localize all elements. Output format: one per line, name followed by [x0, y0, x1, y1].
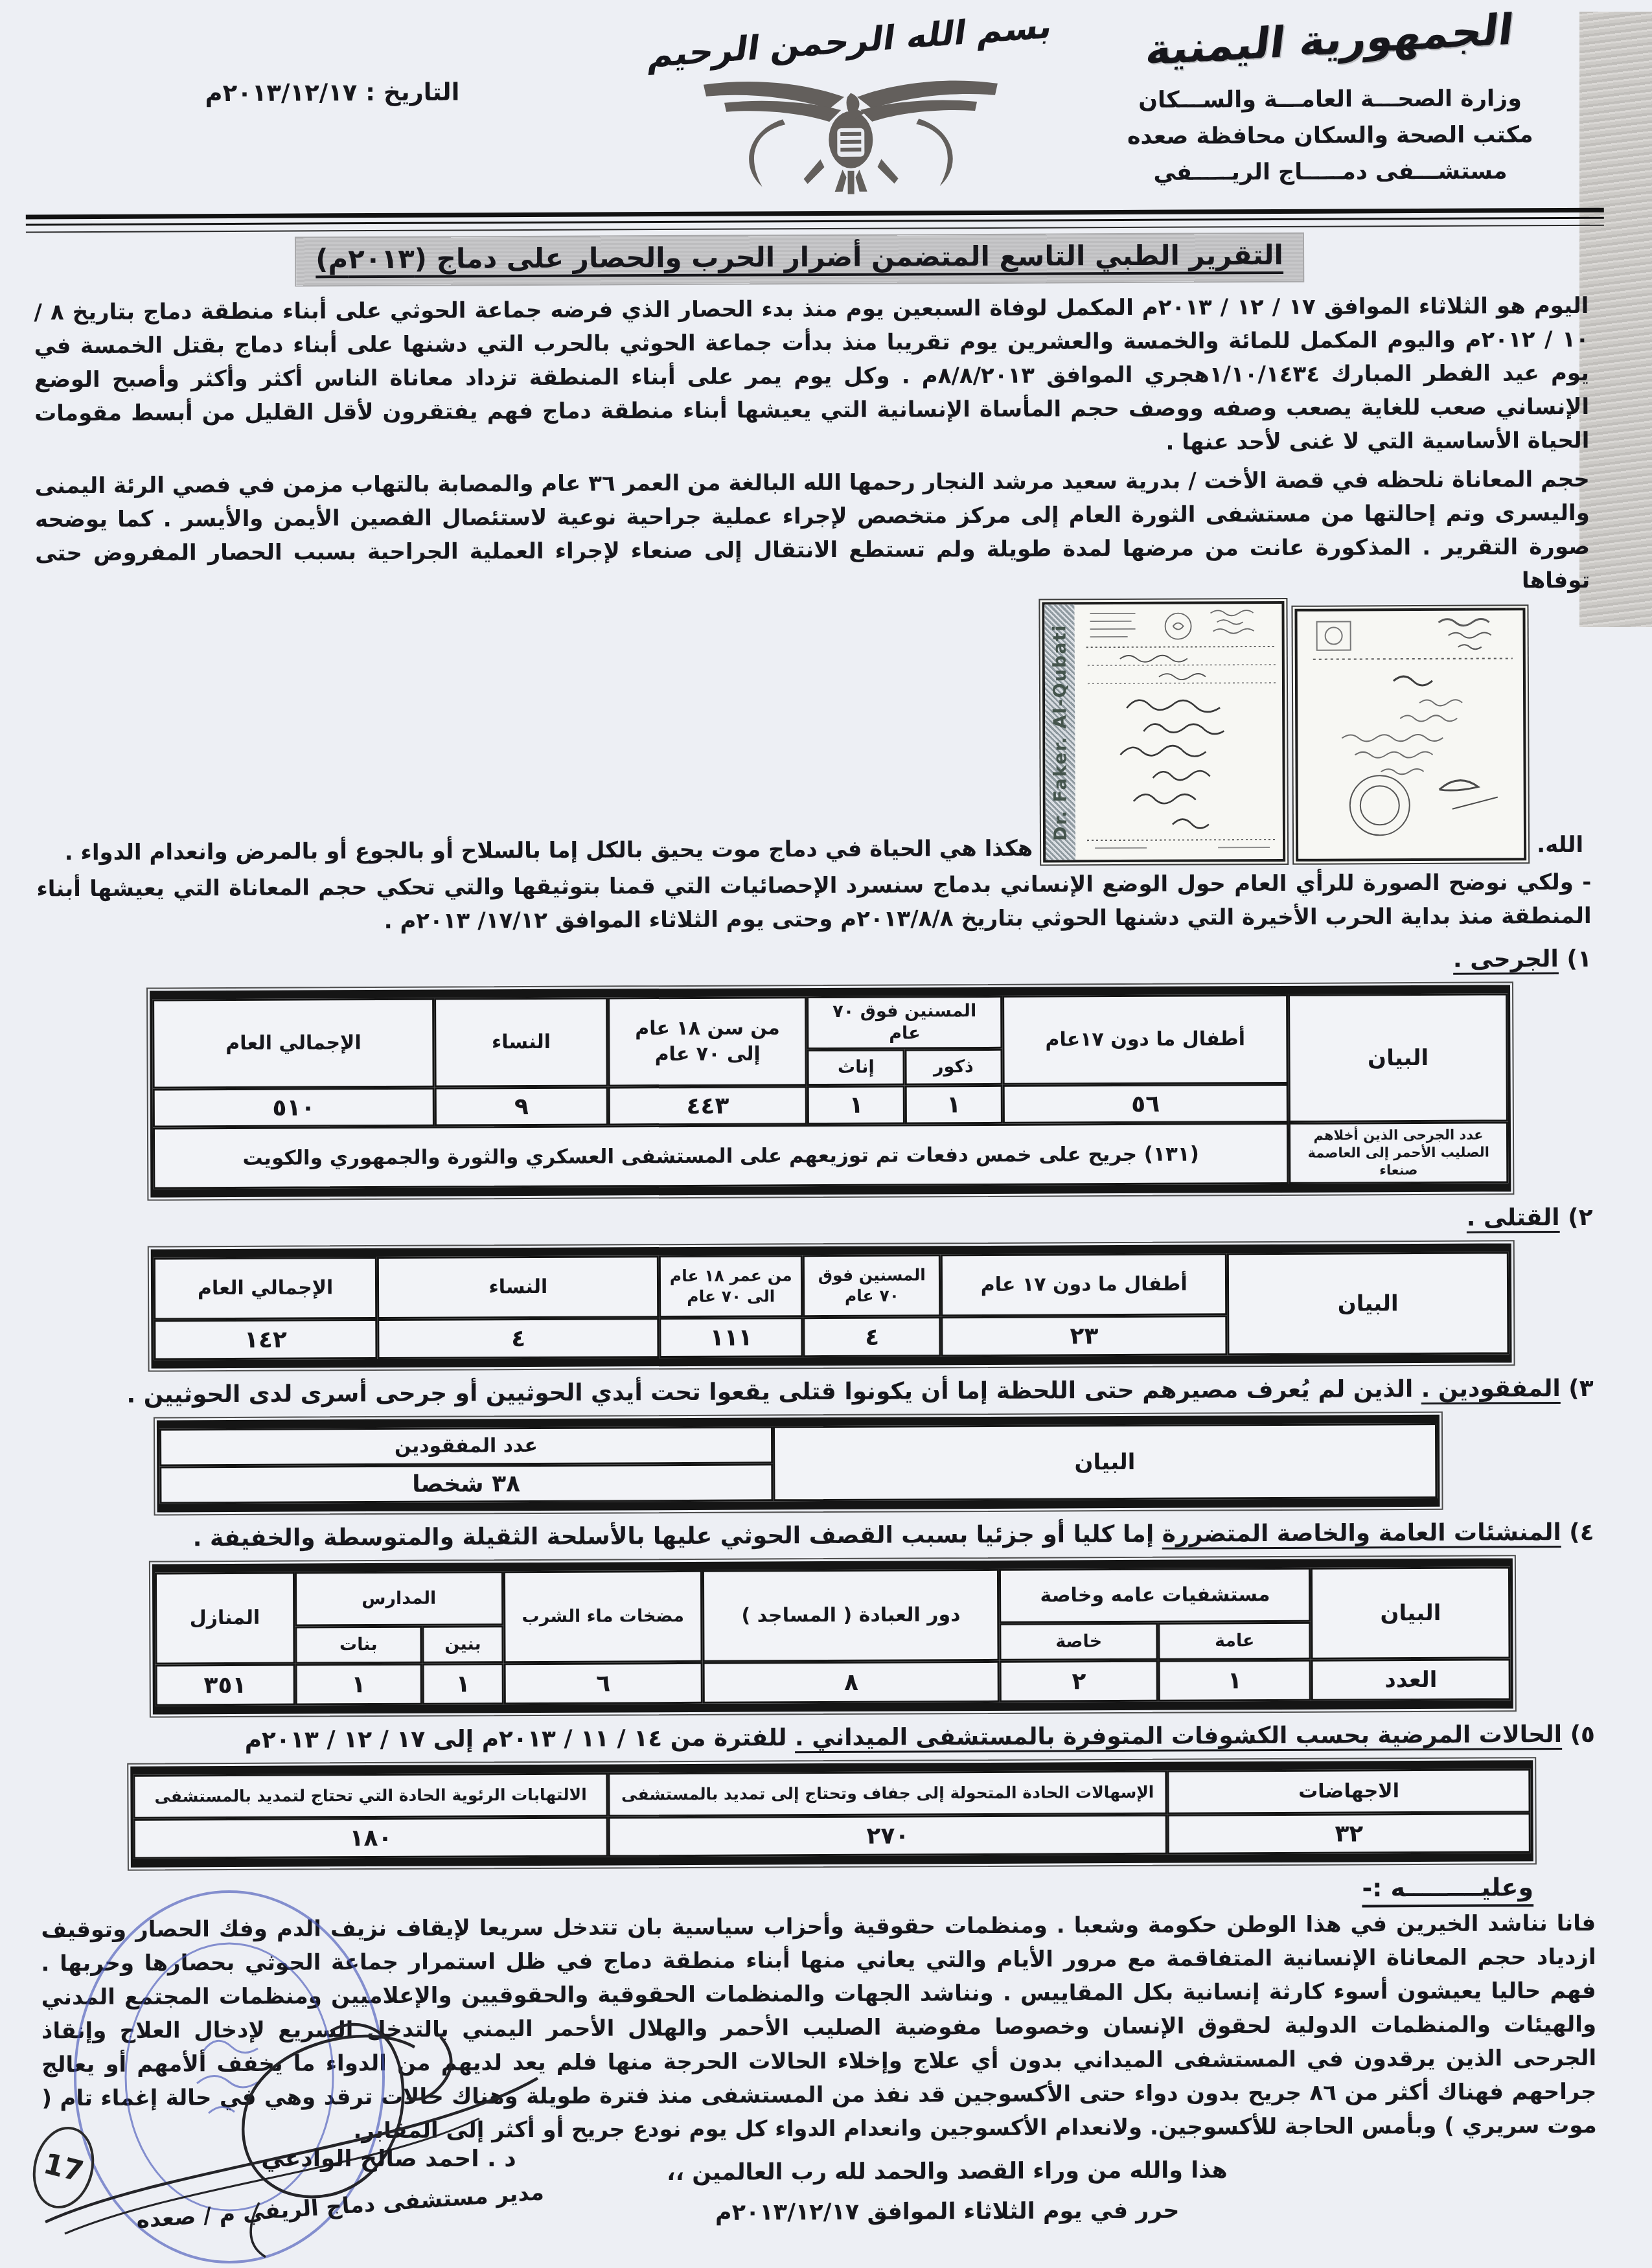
closing-lines: هذا والله من وراء القصد والحمد لله رب ال… [510, 2149, 1385, 2234]
section-label: المفقودين . [1421, 1375, 1561, 1403]
col-header-diarrhea: الإسهالات الحادة المتحولة إلى جفاف وتحتا… [608, 1770, 1167, 1817]
doctor-name-label: Dr. Faker. Al-Qubati [1050, 624, 1070, 841]
col-header-women: النساء [434, 997, 608, 1087]
col-header-pneumonia: الالتهابات الرئوية الحادة التي تحتاج لتم… [133, 1772, 608, 1818]
letterhead-left-block: التاريخ : ٢٠١٣/١٢/١٧م [21, 17, 643, 108]
section-heading-cases: ٥) الحالات المرضية بحسب الكشوفات المتوفر… [40, 1719, 1595, 1758]
intro-paragraph: اليوم هو الثلاثاء الموافق ١٧ / ١٢ / ٢٠١٣… [34, 289, 1589, 464]
evacuated-injured-label: عدد الجرحى الذين أخلاهم الصليب الأحمر إل… [1289, 1121, 1508, 1184]
houses-count: ٣٥١ [155, 1664, 295, 1706]
section-number: ٣) [1568, 1375, 1594, 1402]
killed-elderly-count: ٤ [803, 1316, 941, 1357]
section-number: ٥) [1570, 1721, 1596, 1748]
attachments-row: الله. [35, 604, 1583, 867]
facilities-table: البيان مستشفيات عامه وخاصة دور العبادة (… [152, 1558, 1513, 1714]
col-header-adults: من سن ١٨ عام إلى ٧٠ عام [608, 996, 807, 1086]
evacuated-injured-value: (١٣١) جريح على خمس دفعات تم توزيعهم على … [153, 1123, 1289, 1189]
cases-table: الاجهاضات الإسهالات الحادة المتحولة إلى … [130, 1760, 1533, 1867]
col-header-elderly-male: ذكور [905, 1049, 1003, 1086]
referral-letter-content [1303, 610, 1524, 853]
closing-dated-line: حرر في يوم الثلاثاء الموافق ٢٠١٣/١٢/١٧م [510, 2190, 1384, 2234]
section-label: المنشئات العامة والخاصة المتضررة [1162, 1519, 1561, 1548]
missing-count: ٣٨ شخصا [159, 1463, 773, 1504]
col-header-hospitals: مستشفيات عامه وخاصة [999, 1568, 1311, 1623]
killed-women-count: ٤ [377, 1318, 659, 1359]
col-header-houses: المنازل [155, 1572, 295, 1665]
col-header-worship: دور العبادة ( المساجد ) [702, 1569, 1000, 1662]
col-header-abortions: الاجهاضات [1167, 1769, 1530, 1814]
ministry-line-3: مستشـــفى دمـــــاج الريـــــفي [1058, 153, 1602, 192]
life-summary-line: هكذا هي الحياة في دماج موت يحيق بالكل إم… [36, 836, 1033, 867]
boys-schools-count: ١ [422, 1663, 504, 1705]
abortions-count: ٣٢ [1167, 1813, 1531, 1854]
ministry-line-1: وزارة الصحـــة العامـــة والســـكان [1058, 80, 1602, 119]
signatory-name: د . احمد صالح الوادعي [194, 2146, 583, 2172]
case-story-paragraph: حجم المعاناة نلحظه في قصة الأخت / بدرية … [35, 463, 1590, 604]
section-label: الجرحى . [1453, 946, 1559, 973]
section-heading-injured: ١) الجرحى . [37, 943, 1592, 982]
header-divider [26, 208, 1604, 233]
doctor-name-sidebar: Dr. Faker. Al-Qubati [1045, 604, 1076, 860]
scanned-medical-report-page: الجمهورية اليمنية وزارة الصحـــة العامــ… [0, 0, 1652, 2268]
killed-adults-count: ١١١ [660, 1317, 803, 1358]
killed-children-count: ٢٣ [941, 1315, 1228, 1357]
yemen-eagle-emblem-icon [698, 67, 1004, 203]
col-header-public-hospitals: عامة [1158, 1622, 1311, 1660]
prescription-content [1081, 604, 1283, 854]
col-header-elderly: المسنين فوق ٧٠ عام [803, 1254, 941, 1317]
col-header-women: النساء [377, 1255, 660, 1319]
section-label: القتلى . [1467, 1204, 1560, 1231]
report-title: التقرير الطبي التاسع المتضمن أضرار الحرب… [296, 234, 1303, 286]
row-label-count: العدد [1311, 1658, 1511, 1701]
col-header-children: أطفال ما دون ١٧عام [1002, 994, 1289, 1085]
injured-children-count: ٥٦ [1002, 1084, 1289, 1124]
section-description: إما كليا أو جزئيا بسبب القصف الحوثي عليه… [193, 1521, 1154, 1552]
injured-women-count: ٩ [435, 1086, 608, 1126]
section-number: ٢) [1568, 1204, 1593, 1231]
injured-total-count: ٥١٠ [153, 1088, 435, 1128]
col-header-pumps: مضخات ماء الشرب [503, 1570, 703, 1663]
letterhead-center-block: بسم الله الرحمن الرحيم [643, 16, 1058, 205]
killed-total-count: ١٤٢ [154, 1319, 377, 1360]
section-number: ١) [1566, 946, 1592, 972]
col-header-schools: المدارس [294, 1571, 503, 1626]
col-header-adults: من عمر ١٨ عام الى ٧٠ عام [659, 1255, 803, 1318]
col-header-girls-schools: بنات [295, 1626, 422, 1664]
section-heading-facilities: ٤) المنشئات العامة والخاصة المتضررة إما … [40, 1517, 1594, 1555]
col-header-label: البيان [1227, 1252, 1509, 1355]
section-description: للفترة من ١٤ / ١١ / ٢٠١٣م إلى ١٧ / ١٢ / … [245, 1724, 787, 1754]
col-header-elderly: المسنين فوق ٧٠ عام [807, 996, 1003, 1049]
col-header-total: الإجمالي العام [152, 998, 435, 1089]
statistics-intro-paragraph: - ولكي نوضح الصورة للرأي العام حول الوضع… [36, 865, 1591, 939]
closing-thanks-line: هذا والله من وراء القصد والحمد لله رب ال… [510, 2149, 1384, 2194]
paragraph-tail-word: الله. [1537, 832, 1583, 860]
republic-calligraphy: الجمهورية اليمنية [1053, 0, 1607, 80]
letterhead: الجمهورية اليمنية وزارة الصحـــة العامــ… [0, 0, 1648, 209]
injured-adults-count: ٤٤٣ [608, 1086, 808, 1125]
section-heading-killed: ٢) القتلى . [38, 1202, 1592, 1241]
section-description: الذين لم يُعرف مصيرهم حتى اللحظة إما أن … [126, 1376, 1413, 1408]
svg-text:الجمهورية اليمنية ـ وزارة الصح: الجمهورية اليمنية ـ وزارة الصحة العامة و… [41, 1876, 51, 1881]
injured-elderly-female-count: ١ [807, 1085, 905, 1125]
public-hospitals-count: ١ [1158, 1660, 1312, 1702]
section-heading-missing: ٣) المفقودين . الذين لم يُعرف مصيرهم حتى… [39, 1373, 1594, 1412]
stamp-ring-text: الجمهورية اليمنية ـ وزارة الصحة العامة و… [41, 1876, 51, 1881]
section-label: الحالات المرضية بحسب الكشوفات المتوفرة ب… [795, 1721, 1562, 1751]
injured-table: البيان أطفال ما دون ١٧عام المسنين فوق ٧٠… [150, 985, 1511, 1197]
col-header-total: الإجمالي العام [154, 1257, 378, 1320]
col-header-boys-schools: بنين [422, 1625, 503, 1664]
ministry-line-2: مكتب الصحة والسكان محافظة صعده [1058, 117, 1602, 155]
missing-table: البيان عدد المفقودين ٣٨ شخصا [157, 1415, 1440, 1513]
col-header-children: أطفال ما دون ١٧ عام [941, 1253, 1227, 1316]
title-row: التقرير الطبي التاسع المتضمن أضرار الحرب… [0, 232, 1648, 286]
worship-count: ٨ [703, 1661, 1000, 1704]
col-header-label: البيان [773, 1423, 1438, 1501]
col-header-elderly-female: إناث [807, 1049, 905, 1086]
killed-table: البيان أطفال ما دون ١٧ عام المسنين فوق ٧… [151, 1243, 1512, 1368]
col-header-private-hospitals: خاصة [1000, 1623, 1158, 1661]
injured-elderly-male-count: ١ [905, 1085, 1003, 1125]
diarrhea-count: ٢٧٠ [608, 1815, 1167, 1857]
private-hospitals-count: ٢ [1000, 1660, 1158, 1702]
bismillah-calligraphy: بسم الله الرحمن الرحيم [638, 6, 1063, 76]
col-header-label: البيان [1311, 1566, 1510, 1659]
girls-schools-count: ١ [295, 1664, 422, 1706]
section-number: ٤) [1569, 1519, 1594, 1546]
letterhead-right-block: الجمهورية اليمنية وزارة الصحـــة العامــ… [1057, 14, 1602, 192]
pneumonia-count: ١٨٠ [133, 1816, 609, 1859]
col-header-missing-count: عدد المفقودين [159, 1426, 773, 1466]
therefore-heading: وعليـــــــــه :- [1362, 1873, 1596, 1903]
col-header-label: البيان [1288, 993, 1508, 1122]
pumps-count: ٦ [503, 1662, 703, 1704]
report-date: التاريخ : ٢٠١٣/١٢/١٧م [21, 77, 643, 108]
referral-letter-scan [1295, 608, 1527, 862]
divider-thin-line [26, 225, 1604, 233]
medical-report-scan: Dr. Faker. Al-Qubati [1042, 601, 1286, 863]
